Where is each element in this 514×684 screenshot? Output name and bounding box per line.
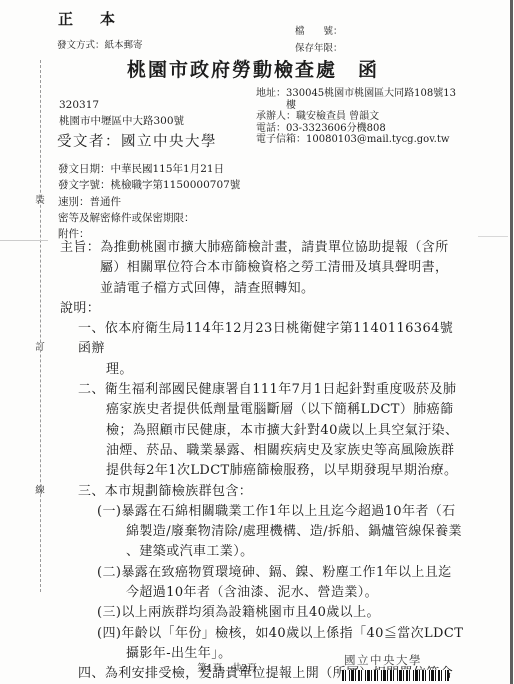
document-meta-line: 速別：普通件 [58, 194, 240, 210]
file-number-label: 檔 號： [295, 23, 343, 37]
sender-contact-line: 樓 [256, 100, 456, 112]
sender-contact-line: 地址：330045桃園市桃園區大同路108號13 [256, 88, 456, 100]
recipient-zip: 320317 [59, 99, 99, 111]
body-line: 理。 [106, 360, 464, 380]
body-line: 二、衛生福利部國民健康署自111年7月1日起針對重度吸菸及肺 [78, 380, 464, 400]
binding-mark-ding: 訂 [31, 339, 49, 353]
official-letter-page: 正 本 發文方式：紙本郵寄 檔 號： 保存年限： 桃園市政府勞動檢查處 函 地址… [0, 0, 514, 684]
recipient-name-line: 受文者：國立中央大學 [57, 130, 217, 151]
body-line: 屬）相關單位符合本市篩檢資格之勞工清冊及填具聲明書， [100, 258, 464, 278]
binding-mark-xian: 線 [31, 482, 49, 496]
binding-dashed-line [40, 60, 41, 592]
body-line: 並請電子檔方式回傳，請查照轉知。 [100, 279, 464, 299]
scanned-page-edge [510, 0, 513, 684]
body-line: (三)以上兩族群均須為設籍桃園市且40歲以上。 [97, 603, 464, 623]
body-line: 綿製造/廢棄物清除/處理機構、造/拆船、鍋爐管線保養業 [126, 522, 464, 542]
body-line: 說明： [60, 299, 464, 319]
body-line: 檢；為照顧市民健康，本市擴大針對40歲以上具空氣汙染、 [106, 421, 464, 441]
sender-contact-block: 地址：330045桃園市桃園區大同路108號13 樓承辦人：職安檢查員 曾韻文電… [256, 88, 456, 146]
letter-body: 主旨：為推動桃園市擴大肺癌篩檢計畫，請貴單位協助提報（含所屬）相關單位符合本市篩… [60, 238, 464, 684]
binding-mark-zhuang: 裝 [31, 192, 49, 206]
body-line: 癌家族史者提供低劑量電腦斷層（以下簡稱LDCT）肺癌篩 [106, 400, 464, 420]
sender-contact-line: 電話：03-3323606分機808 [256, 123, 456, 135]
sender-contact-line: 承辦人：職安檢查員 曾韻文 [256, 111, 456, 123]
scan-artifact-right [478, 236, 508, 237]
sender-contact-line: 電子信箱：10080103@mail.tycg.gov.tw [256, 134, 456, 146]
scan-artifact-left [0, 240, 48, 241]
document-meta-line: 發文字號：桃檢職字第1150000707號 [58, 177, 240, 193]
retention-period-label: 保存年限： [295, 40, 343, 54]
body-line: (二)暴露在致癌物質環境砷、鎘、鎳、粉塵工作1年以上且迄 [97, 563, 464, 583]
recipient-address: 桃園市中壢區中大路300號 [59, 113, 184, 128]
body-line: 三、本市規劃篩檢族群包含： [78, 482, 464, 502]
body-line: (四)年齡以「年份」檢核，如40歲以上係指「40≦當次LDCT [97, 624, 464, 644]
document-meta-line: 密等及解密條件或保密期限： [58, 210, 240, 226]
document-meta-line: 發文日期：中華民國115年1月21日 [58, 161, 240, 177]
document-meta-block: 發文日期：中華民國115年1月21日發文字號：桃檢職字第1150000707號速… [58, 161, 240, 242]
body-line: 今超過10年者（含油漆、泥水、營造業）。 [126, 583, 464, 603]
body-line: 提供每2年1次LDCT肺癌篩檢服務，以早期發現早期治療。 [106, 461, 464, 481]
body-line: 主旨：為推動桃園市擴大肺癌篩檢計畫，請貴單位協助提報（含所 [60, 238, 464, 258]
body-line: 一、依本府衛生局114年12月23日桃衛健字第1140116364號函辦 [78, 319, 464, 360]
copy-type-label: 正 本 [58, 8, 121, 29]
document-title: 桃園市政府勞動檢查處 函 [0, 55, 506, 82]
university-receipt-stamp: 國立中央大學 [344, 652, 422, 668]
body-line: (一)暴露在石綿相關職業工作1年以上且迄今超過10年者（石 [97, 502, 464, 522]
receipt-barcode [342, 670, 449, 681]
delivery-method-label: 發文方式：紙本郵寄 [57, 37, 143, 51]
body-line: 油煙、菸品、職業暴露、相關疾病史及家族史等高風險族群 [106, 441, 464, 461]
body-line: 、建築或汽車工業）。 [126, 542, 464, 562]
